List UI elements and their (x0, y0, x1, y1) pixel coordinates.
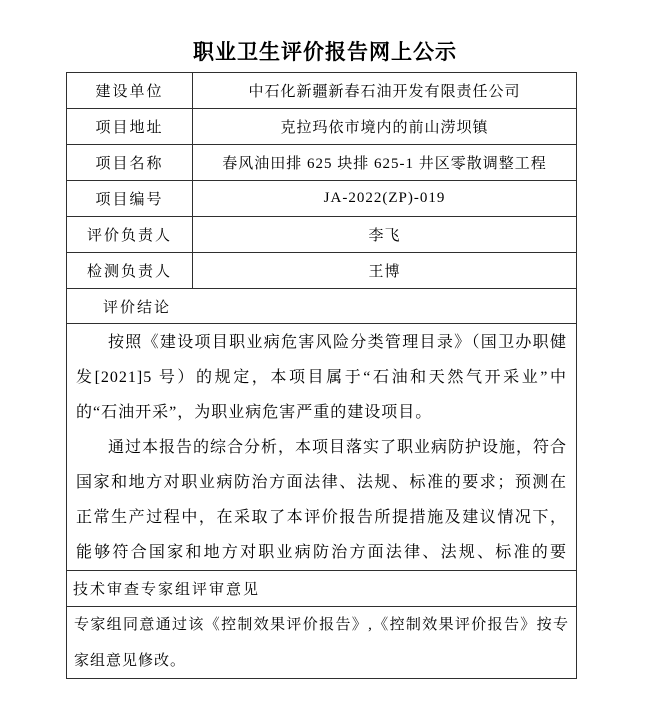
row-value: 中石化新疆新春石油开发有限责任公司 (193, 73, 576, 108)
page-title: 职业卫生评价报告网上公示 (0, 38, 650, 66)
row-label: 项目编号 (67, 181, 193, 216)
table-row-project-number: 项目编号 JA-2022(ZP)-019 (67, 181, 576, 217)
table-row-construction-unit: 建设单位 中石化新疆新春石油开发有限责任公司 (67, 73, 576, 109)
conclusion-section-header: 评价结论 (67, 289, 576, 324)
row-label: 评价负责人 (67, 217, 193, 252)
row-label: 项目名称 (67, 145, 193, 180)
table-row-project-name: 项目名称 春风油田排 625 块排 625-1 井区零散调整工程 (67, 145, 576, 181)
table-row-evaluation-lead: 评价负责人 李飞 (67, 217, 576, 253)
review-section-body: 专家组同意通过该《控制效果评价报告》,《控制效果评价报告》按专家组意见修改。 (67, 607, 576, 678)
notice-table: 建设单位 中石化新疆新春石油开发有限责任公司 项目地址 克拉玛依市境内的前山涝坝… (66, 72, 577, 679)
row-value: 李飞 (193, 217, 576, 252)
row-label: 检测负责人 (67, 253, 193, 288)
row-value: 王博 (193, 253, 576, 288)
row-label: 建设单位 (67, 73, 193, 108)
conclusion-section-body: 按照《建设项目职业病危害风险分类管理目录》（国卫办职健发[2021]5 号）的规… (67, 324, 576, 571)
table-row-project-address: 项目地址 克拉玛依市境内的前山涝坝镇 (67, 109, 576, 145)
row-value: 克拉玛依市境内的前山涝坝镇 (193, 109, 576, 144)
review-section-header: 技术审查专家组评审意见 (67, 571, 576, 607)
document-page: { "title": "职业卫生评价报告网上公示", "table": { "i… (0, 0, 650, 714)
row-value: JA-2022(ZP)-019 (193, 181, 576, 216)
row-value: 春风油田排 625 块排 625-1 井区零散调整工程 (193, 145, 576, 180)
conclusion-paragraph: 按照《建设项目职业病危害风险分类管理目录》（国卫办职健发[2021]5 号）的规… (76, 325, 567, 430)
conclusion-paragraph: 通过本报告的综合分析，本项目落实了职业病防护设施，符合国家和地方对职业病防治方面… (76, 430, 567, 571)
row-label: 项目地址 (67, 109, 193, 144)
table-row-testing-lead: 检测负责人 王博 (67, 253, 576, 289)
